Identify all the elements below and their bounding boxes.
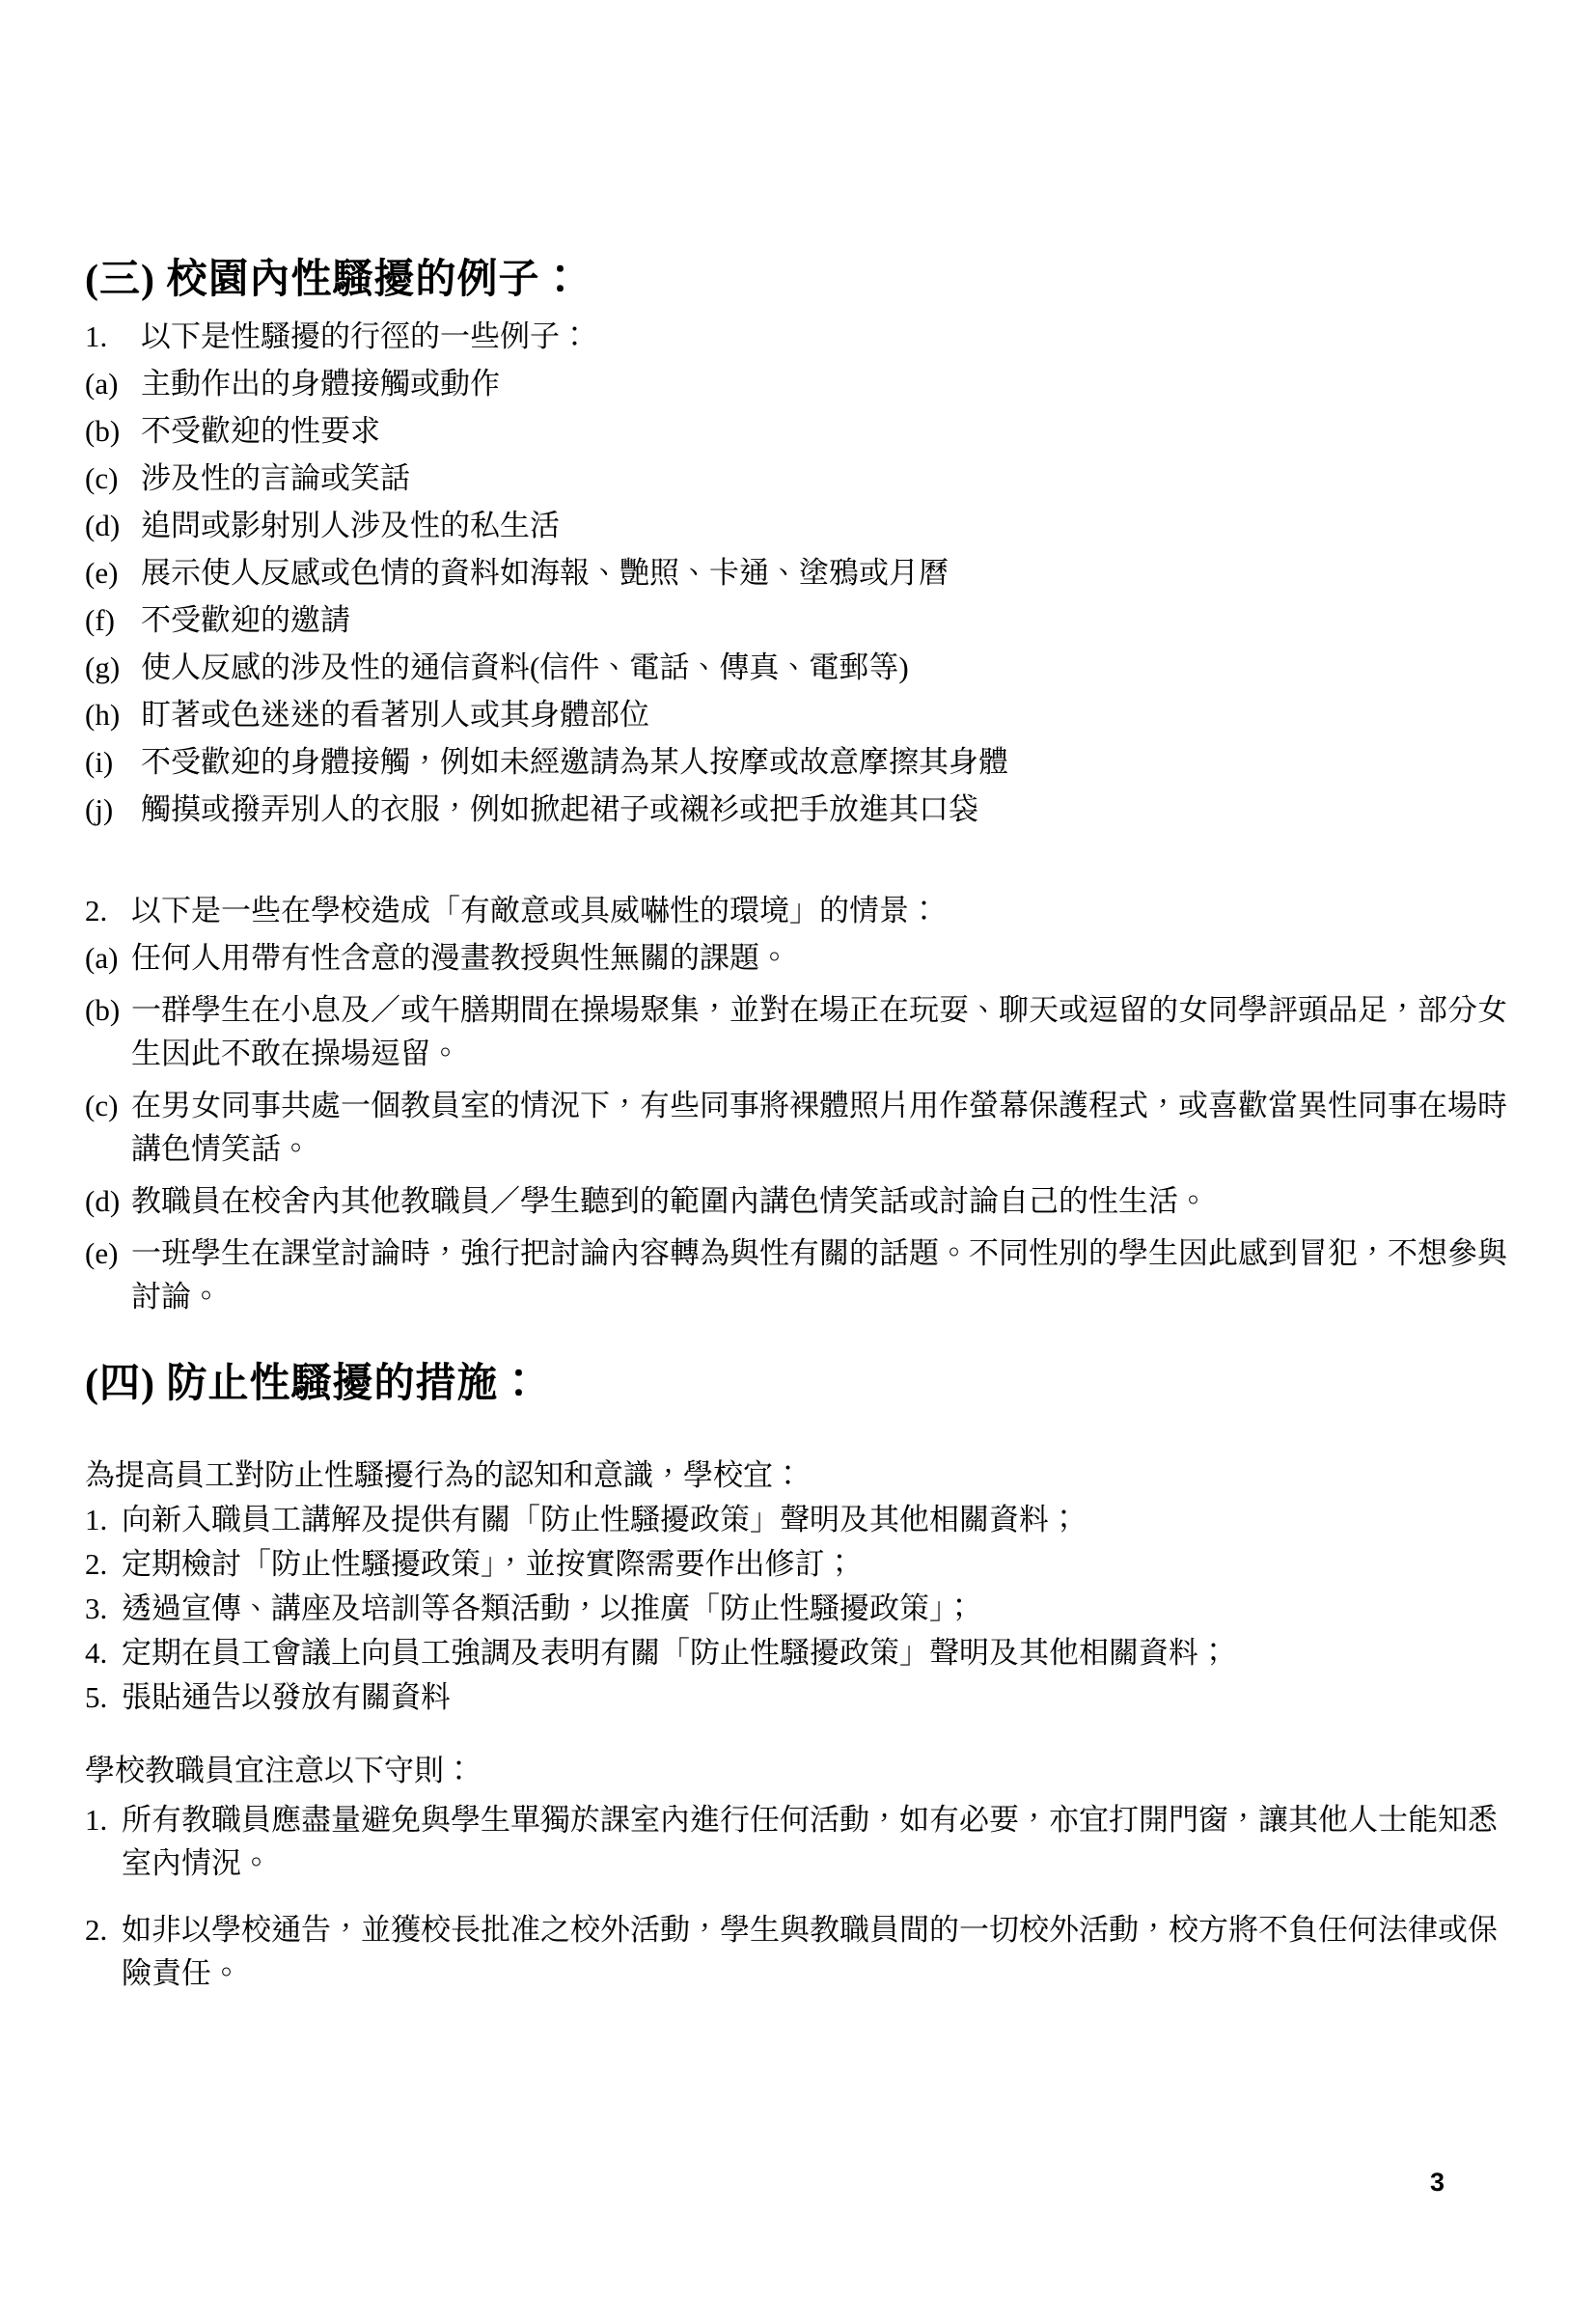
list-item-label: (j) [85, 786, 141, 833]
list-item: (d) 追問或影射別人涉及性的私生活 [85, 502, 1513, 549]
list1-intro: 1. 以下是性騷擾的行徑的一些例子： [85, 313, 1513, 360]
list-item: 5. 張貼通告以發放有關資料 [85, 1675, 1513, 1720]
list-item: 1. 所有教職員應盡量避免與學生單獨於課室內進行任何活動，如有必要，亦宜打開門窗… [85, 1798, 1513, 1885]
list-item: (e) 展示使人反感或色情的資料如海報、艷照、卡通、塗鴉或月曆 [85, 549, 1513, 596]
list-item: (c) 涉及性的言論或笑話 [85, 455, 1513, 502]
list-item: (i) 不受歡迎的身體接觸，例如未經邀請為某人按摩或故意摩擦其身體 [85, 738, 1513, 786]
list-item: (f) 不受歡迎的邀請 [85, 596, 1513, 644]
list-item-text: 向新入職員工講解及提供有關「防止性騷擾政策」聲明及其他相關資料； [122, 1498, 1513, 1542]
list-item: (c) 在男女同事共處一個教員室的情況下，有些同事將裸體照片用作螢幕保護程式，或… [85, 1084, 1513, 1171]
list-item-text: 一班學生在課堂討論時，強行把討論內容轉為與性有關的話題。不同性別的學生因此感到冒… [131, 1231, 1513, 1318]
list2-intro-number: 2. [85, 889, 131, 932]
list1-intro-text: 以下是性騷擾的行徑的一些例子： [141, 313, 1513, 360]
list-item: (d) 教職員在校舍內其他教職員／學生聽到的範圍內講色情笑話或討論自己的性生活。 [85, 1179, 1513, 1223]
harassment-examples-list: 1. 以下是性騷擾的行徑的一些例子： (a) 主動作出的身體接觸或動作 (b) … [85, 313, 1513, 833]
list-item-text: 一群學生在小息及／或午膳期間在操場聚集，並對在場正在玩耍、聊天或逗留的女同學評頭… [131, 988, 1513, 1075]
page-content: (三) 校園內性騷擾的例子： 1. 以下是性騷擾的行徑的一些例子： (a) 主動… [85, 255, 1513, 2018]
list-item-label: (a) [85, 936, 131, 980]
page-number: 3 [1430, 2168, 1445, 2198]
list-item-label: (c) [85, 455, 141, 502]
measures-intro: 為提高員工對防止性騷擾行為的認知和意識，學校宜： [85, 1453, 1513, 1498]
list-item-text: 定期在員工會議上向員工強調及表明有關「防止性騷擾政策」聲明及其他相關資料； [122, 1631, 1513, 1675]
list-item: 2. 定期檢討「防止性騷擾政策」，並按實際需要作出修訂； [85, 1542, 1513, 1587]
list-item-number: 2. [85, 1908, 122, 1951]
list-item-label: (g) [85, 644, 141, 691]
list-item: 2. 如非以學校通告，並獲校長批准之校外活動，學生與教職員間的一切校外活動，校方… [85, 1908, 1513, 1995]
list-item-number: 3. [85, 1587, 122, 1631]
list-item-text: 教職員在校舍內其他教職員／學生聽到的範圍內講色情笑話或討論自己的性生活。 [131, 1179, 1513, 1223]
list-item: 3. 透過宣傳、講座及培訓等各類活動，以推廣「防止性騷擾政策」； [85, 1587, 1513, 1631]
list-item-label: (e) [85, 1231, 131, 1275]
list-item-number: 1. [85, 1798, 122, 1841]
list-item-number: 4. [85, 1631, 122, 1675]
list-item: (b) 不受歡迎的性要求 [85, 407, 1513, 455]
document-page: (三) 校園內性騷擾的例子： 1. 以下是性騷擾的行徑的一些例子： (a) 主動… [0, 0, 1596, 2324]
list-item-number: 2. [85, 1542, 122, 1587]
list-item-text: 在男女同事共處一個教員室的情況下，有些同事將裸體照片用作螢幕保護程式，或喜歡當異… [131, 1084, 1513, 1171]
list1-intro-number: 1. [85, 313, 141, 360]
list-item: (a) 任何人用帶有性含意的漫畫教授與性無關的課題。 [85, 936, 1513, 980]
list-item: (g) 使人反感的涉及性的通信資料(信件、電話、傳真、電郵等) [85, 644, 1513, 691]
hostile-environment-list: 2. 以下是一些在學校造成「有敵意或具威嚇性的環境」的情景： (a) 任何人用帶… [85, 889, 1513, 1318]
list-item-text: 盯著或色迷迷的看著別人或其身體部位 [141, 691, 1513, 738]
list-item-text: 任何人用帶有性含意的漫畫教授與性無關的課題。 [131, 936, 1513, 980]
list-item-text: 張貼通告以發放有關資料 [122, 1675, 1513, 1720]
list-item-label: (d) [85, 1179, 131, 1223]
list-item-text: 透過宣傳、講座及培訓等各類活動，以推廣「防止性騷擾政策」； [122, 1587, 1513, 1631]
section4-heading: (四) 防止性騷擾的措施： [85, 1359, 1513, 1409]
list-item-text: 不受歡迎的身體接觸，例如未經邀請為某人按摩或故意摩擦其身體 [141, 738, 1513, 786]
list-item-text: 追問或影射別人涉及性的私生活 [141, 502, 1513, 549]
list-item: (a) 主動作出的身體接觸或動作 [85, 360, 1513, 407]
rules-intro: 學校教職員宜注意以下守則： [85, 1749, 1513, 1792]
list-item-label: (i) [85, 738, 141, 786]
list-item-text: 不受歡迎的性要求 [141, 407, 1513, 455]
list2-intro: 2. 以下是一些在學校造成「有敵意或具威嚇性的環境」的情景： [85, 889, 1513, 932]
list-item-label: (d) [85, 502, 141, 549]
list-item-label: (e) [85, 549, 141, 596]
list-item: (j) 觸摸或撥弄別人的衣服，例如掀起裙子或襯衫或把手放進其口袋 [85, 786, 1513, 833]
list-item-label: (b) [85, 407, 141, 455]
list-item-label: (h) [85, 691, 141, 738]
list-item-number: 5. [85, 1675, 122, 1720]
list-item: 1. 向新入職員工講解及提供有關「防止性騷擾政策」聲明及其他相關資料； [85, 1498, 1513, 1542]
list-item-text: 不受歡迎的邀請 [141, 596, 1513, 644]
list-item-number: 1. [85, 1498, 122, 1542]
list-item-text: 使人反感的涉及性的通信資料(信件、電話、傳真、電郵等) [141, 644, 1513, 691]
section3-heading: (三) 校園內性騷擾的例子： [85, 255, 1513, 305]
list-item-text: 觸摸或撥弄別人的衣服，例如掀起裙子或襯衫或把手放進其口袋 [141, 786, 1513, 833]
list-item-label: (c) [85, 1084, 131, 1127]
list-item-label: (b) [85, 988, 131, 1032]
list-item: (h) 盯著或色迷迷的看著別人或其身體部位 [85, 691, 1513, 738]
list-item: 4. 定期在員工會議上向員工強調及表明有關「防止性騷擾政策」聲明及其他相關資料； [85, 1631, 1513, 1675]
list-item-text: 展示使人反感或色情的資料如海報、艷照、卡通、塗鴉或月曆 [141, 549, 1513, 596]
measures-intro-text: 為提高員工對防止性騷擾行為的認知和意識，學校宜： [85, 1453, 1513, 1498]
list-item-text: 涉及性的言論或笑話 [141, 455, 1513, 502]
staff-rules-list: 學校教職員宜注意以下守則： 1. 所有教職員應盡量避免與學生單獨於課室內進行任何… [85, 1749, 1513, 1995]
list-item-label: (a) [85, 360, 141, 407]
list-item-text: 所有教職員應盡量避免與學生單獨於課室內進行任何活動，如有必要，亦宜打開門窗，讓其… [122, 1798, 1513, 1885]
list-item-text: 定期檢討「防止性騷擾政策」，並按實際需要作出修訂； [122, 1542, 1513, 1587]
list-item-text: 如非以學校通告，並獲校長批准之校外活動，學生與教職員間的一切校外活動，校方將不負… [122, 1908, 1513, 1995]
list-item: (e) 一班學生在課堂討論時，強行把討論內容轉為與性有關的話題。不同性別的學生因… [85, 1231, 1513, 1318]
list2-intro-text: 以下是一些在學校造成「有敵意或具威嚇性的環境」的情景： [131, 889, 1513, 932]
list-item-text: 主動作出的身體接觸或動作 [141, 360, 1513, 407]
list-item-label: (f) [85, 596, 141, 644]
list-item: (b) 一群學生在小息及／或午膳期間在操場聚集，並對在場正在玩耍、聊天或逗留的女… [85, 988, 1513, 1075]
prevention-measures-list: 為提高員工對防止性騷擾行為的認知和意識，學校宜： 1. 向新入職員工講解及提供有… [85, 1453, 1513, 1720]
